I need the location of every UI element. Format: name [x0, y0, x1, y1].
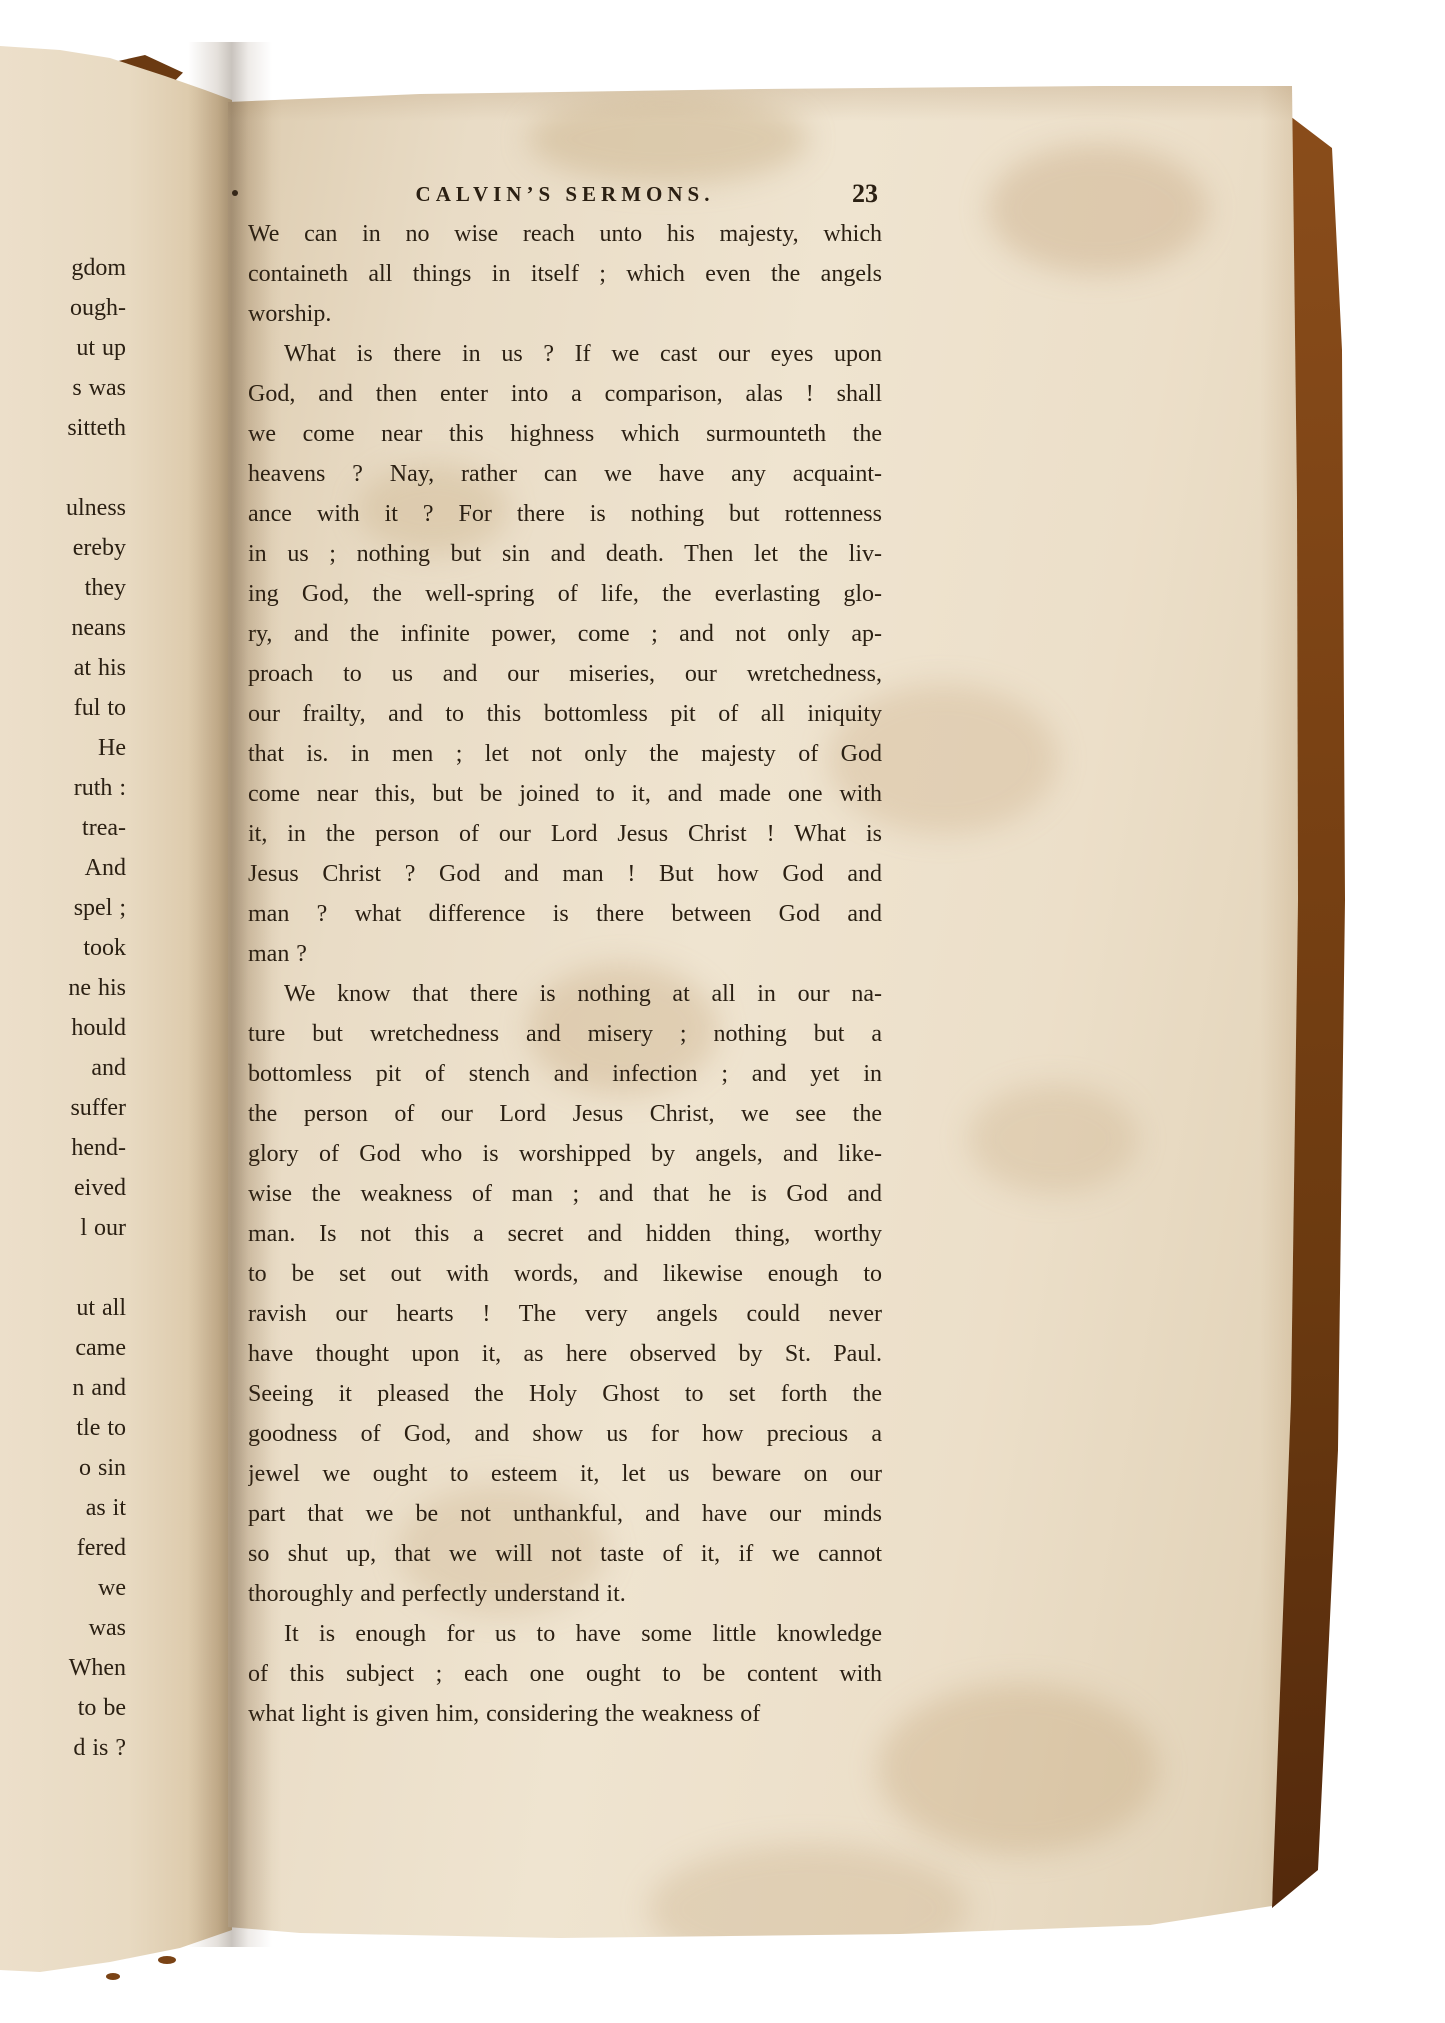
left-page-line: ne his	[0, 968, 128, 1008]
left-page-line: suffer	[0, 1088, 128, 1128]
page-stain	[878, 1684, 1158, 1854]
left-page-line: ful to	[0, 688, 128, 728]
page-stain	[988, 144, 1208, 274]
text-line: our frailty, and to this bottomless pit …	[248, 694, 882, 734]
left-page-line: He	[0, 728, 128, 768]
left-page-line: o sin	[0, 1448, 128, 1488]
left-page-line: we	[0, 1568, 128, 1608]
left-page-line: at his	[0, 648, 128, 688]
left-page-line: they	[0, 568, 128, 608]
text-line: of this subject ; each one ought to be c…	[248, 1654, 882, 1694]
paragraph: What is there in us ? If we cast our eye…	[248, 334, 882, 974]
text-line: Seeing it pleased the Holy Ghost to set …	[248, 1374, 882, 1414]
left-page-line: eived	[0, 1168, 128, 1208]
leather-speck	[106, 1973, 120, 1980]
paragraph: We know that there is nothing at all in …	[248, 974, 882, 1614]
left-page-line: ruth :	[0, 768, 128, 808]
text-line: man ? what difference is there between G…	[248, 894, 882, 934]
left-page-line	[0, 1248, 128, 1288]
page-number: 23	[852, 174, 878, 214]
text-line: ing God, the well-spring of life, the ev…	[248, 574, 882, 614]
page-stain	[648, 1844, 968, 1974]
text-line: in us ; nothing but sin and death. Then …	[248, 534, 882, 574]
left-page-line: as it	[0, 1488, 128, 1528]
text-line: it, in the person of our Lord Jesus Chri…	[248, 814, 882, 854]
text-line: worship.	[248, 294, 882, 334]
text-line: what light is given him, considering the…	[248, 1694, 882, 1734]
left-page-line: took	[0, 928, 128, 968]
left-page-line: sitteth	[0, 408, 128, 448]
ink-speck-icon	[232, 190, 238, 196]
left-page-line: gdom	[0, 248, 128, 288]
left-page-line: was	[0, 1608, 128, 1648]
left-page-line: s was	[0, 368, 128, 408]
text-line: God, and then enter into a comparison, a…	[248, 374, 882, 414]
left-page-line: spel ;	[0, 888, 128, 928]
text-line: We can in no wise reach unto his majesty…	[248, 214, 882, 254]
text-line: to be set out with words, and likewise e…	[248, 1254, 882, 1294]
text-line: What is there in us ? If we cast our eye…	[248, 334, 882, 374]
text-line: bottomless pit of stench and infection ;…	[248, 1054, 882, 1094]
text-line: ance with it ? For there is nothing but …	[248, 494, 882, 534]
left-page-text: gdomough-ut ups wassitteth ulnesserebyth…	[0, 248, 128, 1768]
left-page-line: l our	[0, 1208, 128, 1248]
text-line: part that we be not unthankful, and have…	[248, 1494, 882, 1534]
left-page-line	[0, 448, 128, 488]
left-page-line: ereby	[0, 528, 128, 568]
left-page-line: hend-	[0, 1128, 128, 1168]
text-line: heavens ? Nay, rather can we have any ac…	[248, 454, 882, 494]
text-line: come near this, but be joined to it, and…	[248, 774, 882, 814]
text-line: wise the weakness of man ; and that he i…	[248, 1174, 882, 1214]
left-page-line: d is ?	[0, 1728, 128, 1768]
text-line: man ?	[248, 934, 882, 974]
left-page-line: ut up	[0, 328, 128, 368]
text-line: jewel we ought to esteem it, let us bewa…	[248, 1454, 882, 1494]
page-stain	[528, 94, 808, 184]
paragraph: We can in no wise reach unto his majesty…	[248, 214, 882, 334]
book-photo: gdomough-ut ups wassitteth ulnesserebyth…	[0, 0, 1445, 2023]
page-header: CALVIN’S SERMONS. 23	[248, 174, 882, 214]
left-page-line: came	[0, 1328, 128, 1368]
left-page-line: neans	[0, 608, 128, 648]
text-line: the person of our Lord Jesus Christ, we …	[248, 1094, 882, 1134]
text-line: proach to us and our miseries, our wretc…	[248, 654, 882, 694]
page-stain	[968, 1084, 1138, 1194]
left-page-line: trea-	[0, 808, 128, 848]
text-line: man. Is not this a secret and hidden thi…	[248, 1214, 882, 1254]
text-line: ture but wretchedness and misery ; nothi…	[248, 1014, 882, 1054]
left-page-line: When	[0, 1648, 128, 1688]
text-line: It is enough for us to have some little …	[248, 1614, 882, 1654]
left-page-line: tle to	[0, 1408, 128, 1448]
text-line: glory of God who is worshipped by angels…	[248, 1134, 882, 1174]
text-line: containeth all things in itself ; which …	[248, 254, 882, 294]
text-line: so shut up, that we will not taste of it…	[248, 1534, 882, 1574]
left-page-line: n and	[0, 1368, 128, 1408]
left-page-line: ough-	[0, 288, 128, 328]
leather-speck	[158, 1956, 176, 1964]
left-page-line: and	[0, 1048, 128, 1088]
running-header: CALVIN’S SERMONS.	[248, 174, 882, 214]
text-line: goodness of God, and show us for how pre…	[248, 1414, 882, 1454]
left-page-line: fered	[0, 1528, 128, 1568]
text-line: thoroughly and perfectly understand it.	[248, 1574, 882, 1614]
text-line: Jesus Christ ? God and man ! But how God…	[248, 854, 882, 894]
left-page-line: to be	[0, 1688, 128, 1728]
text-line: that is. in men ; let not only the majes…	[248, 734, 882, 774]
text-line: have thought upon it, as here observed b…	[248, 1334, 882, 1374]
text-line: We know that there is nothing at all in …	[248, 974, 882, 1014]
left-page-line: hould	[0, 1008, 128, 1048]
left-page-line: And	[0, 848, 128, 888]
left-page-line: ulness	[0, 488, 128, 528]
left-page: gdomough-ut ups wassitteth ulnesserebyth…	[0, 0, 232, 2023]
text-line: ravish our hearts ! The very angels coul…	[248, 1294, 882, 1334]
left-page-line: ut all	[0, 1288, 128, 1328]
text-line: ry, and the infinite power, come ; and n…	[248, 614, 882, 654]
paragraph: It is enough for us to have some little …	[248, 1614, 882, 1734]
page-text: We can in no wise reach unto his majesty…	[248, 214, 882, 1734]
right-page: CALVIN’S SERMONS. 23 We can in no wise r…	[228, 84, 1303, 1944]
text-line: we come near this highness which surmoun…	[248, 414, 882, 454]
